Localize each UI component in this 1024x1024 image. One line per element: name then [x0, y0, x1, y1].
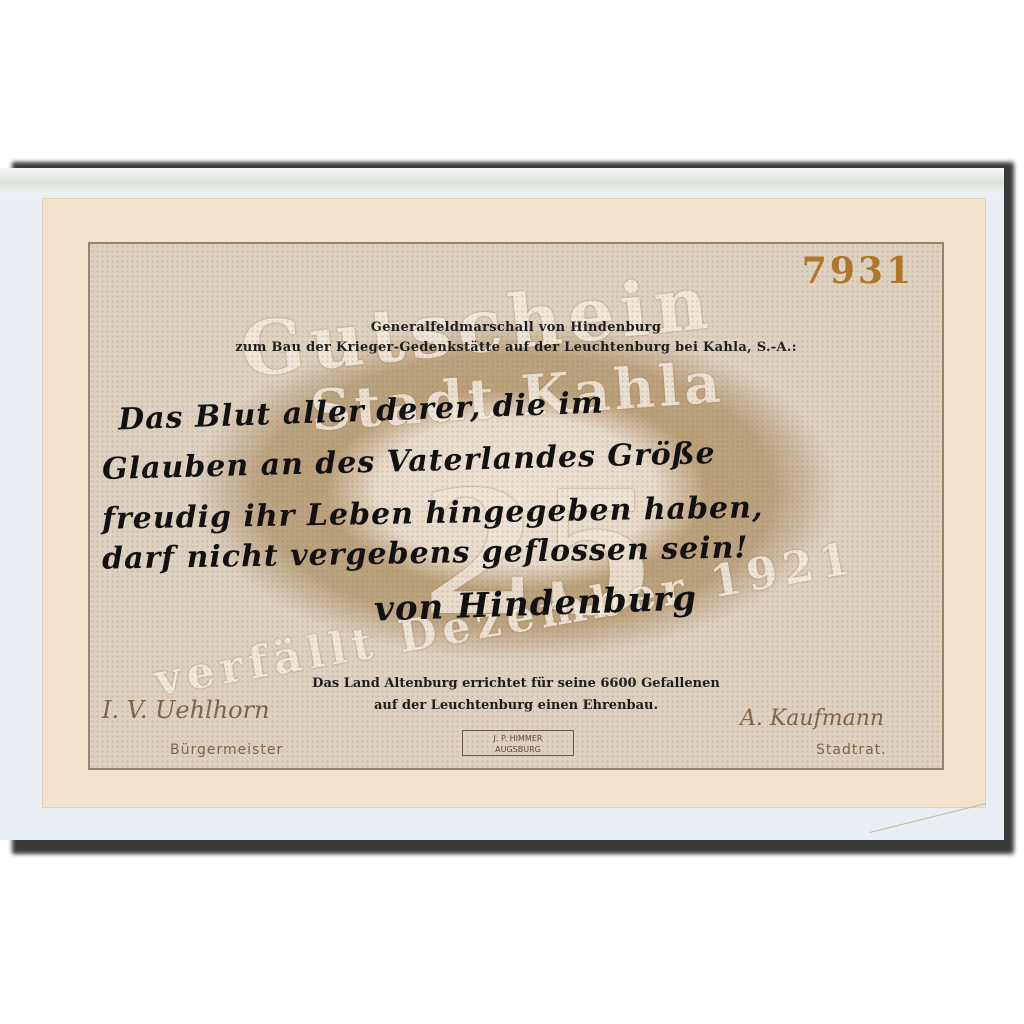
signature-councillor: A. Kaufmann [740, 706, 884, 731]
footer-line-1: Das Land Altenburg errichtet für seine 6… [90, 676, 942, 691]
quote-line-3: freudig ihr Leben hingegeben haben, [102, 490, 764, 537]
role-mayor: Bürgermeister [170, 742, 283, 758]
role-councillor: Stadtrat. [816, 742, 887, 758]
banknote: Gutschein Stadt Kahla 25 verfällt Dezemb… [42, 198, 986, 808]
serial-number: 7931 [802, 250, 914, 292]
header-line-1: Generalfeldmarschall von Hindenburg [90, 320, 942, 335]
header-line-2: zum Bau der Krieger-Gedenkstätte auf der… [90, 340, 942, 355]
sleeve-top-edge [0, 168, 1004, 194]
signature-mayor: I. V. Uehlhorn [102, 696, 270, 724]
note-front-panel: Gutschein Stadt Kahla 25 verfällt Dezemb… [88, 242, 944, 770]
printer-name: J. P. HIMMER [463, 733, 573, 744]
printer-mark: J. P. HIMMER AUGSBURG [462, 730, 574, 756]
printer-city: AUGSBURG [463, 744, 573, 755]
